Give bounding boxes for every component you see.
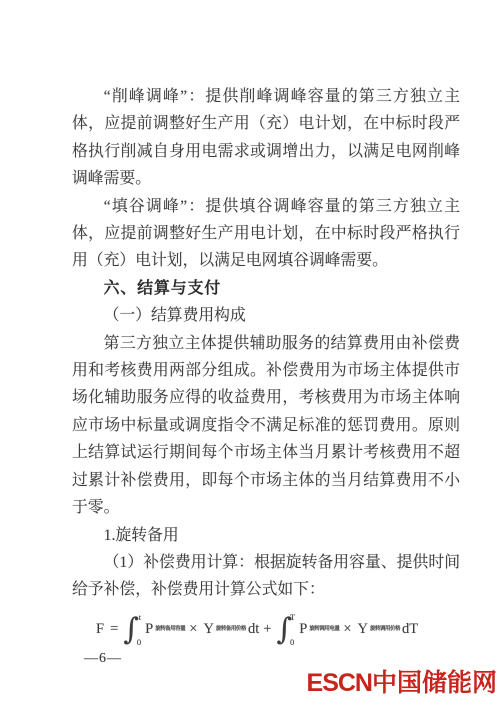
formula-dt: dt <box>248 616 259 643</box>
paragraph-valley-filling: “填谷调峰”：提供填谷调峰容量的第三方独立主体，应提前调整好生产用电计划，在中标… <box>72 193 460 275</box>
times-sign-1: × <box>189 616 197 643</box>
formula-dT: dT <box>402 616 418 643</box>
paragraph-compensation-intro: （1）补偿费用计算：根据旋转备用容量、提供时间给予补偿，补偿费用计算公式如下： <box>72 549 460 604</box>
watermark-text-en: ESCN <box>307 669 372 697</box>
formula-p1-subscript: 旋转备用容量 <box>155 616 185 643</box>
integral-2-lower-limit: 0 <box>290 638 294 647</box>
item-heading-spinning-reserve: 1.旋转备用 <box>72 522 460 549</box>
formula-y2: Y <box>358 616 368 643</box>
paragraph-settlement-composition: 第三方独立主体提供辅助服务的结算费用由补偿费用和考核费用两部分组成。补偿费用为市… <box>72 330 460 522</box>
times-sign-2: × <box>343 616 351 643</box>
integral-2: ∫ T 0 <box>276 613 296 647</box>
document-text-block: “削峰调峰”：提供削峰调峰容量的第三方独立主体，应提前调整好生产用（充）电计划，… <box>72 83 460 653</box>
escn-watermark-logo: ESCN中国储能网 <box>307 669 497 698</box>
formula-y2-subscript: 旋转调用价格 <box>370 616 400 643</box>
compensation-formula: F = ∫ t 0 P旋转备用容量 × Y旋转备用价格 dt + ∫ T 0 P… <box>72 607 460 653</box>
formula-y1-subscript: 旋转备用价格 <box>216 616 246 643</box>
plus-sign: + <box>263 616 271 643</box>
section-heading-settlement: 六、结算与支付 <box>72 275 460 302</box>
watermark-text-zh: 中国储能网 <box>372 669 497 697</box>
page-number: —6— <box>84 651 122 667</box>
formula-y1: Y <box>203 616 213 643</box>
equals-sign: = <box>110 616 118 643</box>
formula-p1: P <box>145 616 153 643</box>
paragraph-peak-shaving: “削峰调峰”：提供削峰调峰容量的第三方独立主体，应提前调整好生产用（充）电计划，… <box>72 83 460 193</box>
integral-1-lower-limit: 0 <box>137 638 141 647</box>
integral-1-upper-limit: t <box>139 613 141 622</box>
formula-p2: P <box>299 616 307 643</box>
integral-1: ∫ t 0 <box>123 613 142 647</box>
formula-lhs: F <box>96 616 104 643</box>
formula-p2-subscript: 旋转调用电量 <box>309 616 339 643</box>
integral-2-upper-limit: T <box>290 613 295 622</box>
subsection-heading-fee-composition: （一）结算费用构成 <box>72 302 460 329</box>
